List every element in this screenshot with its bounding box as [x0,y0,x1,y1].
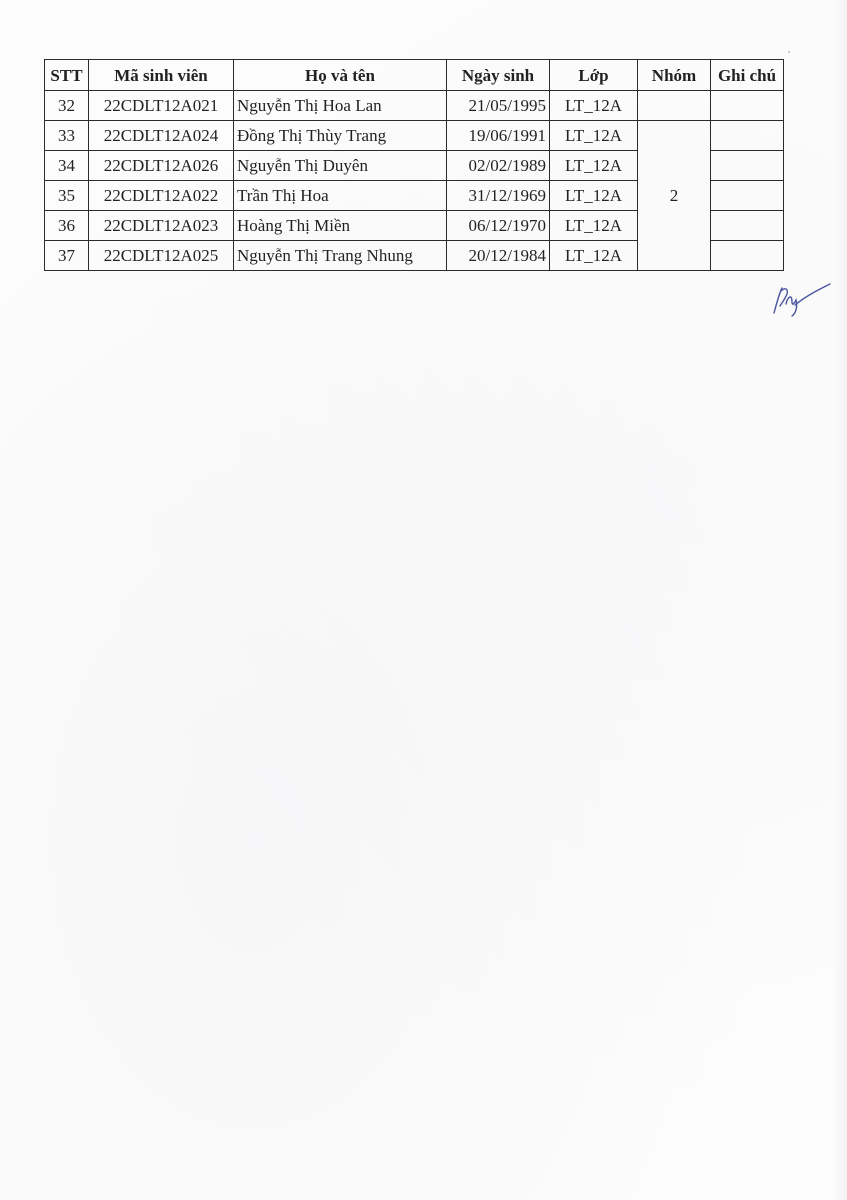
cell-student-id: 22CDLT12A022 [89,181,234,211]
cell-note [711,181,784,211]
cell-class: LT_12A [550,121,638,151]
header-full-name: Họ và tên [234,60,447,91]
cell-note [711,121,784,151]
cell-dob: 06/12/1970 [447,211,550,241]
cell-note [711,151,784,181]
cell-student-id: 22CDLT12A026 [89,151,234,181]
cell-stt: 35 [45,181,89,211]
cell-group-merged: 2 [638,121,711,271]
table-row: 32 22CDLT12A021 Nguyễn Thị Hoa Lan 21/05… [45,91,784,121]
cell-stt: 36 [45,211,89,241]
cell-stt: 37 [45,241,89,271]
cell-full-name: Trần Thị Hoa [234,181,447,211]
cell-stt: 34 [45,151,89,181]
cell-student-id: 22CDLT12A021 [89,91,234,121]
cell-note [711,241,784,271]
page-edge [833,0,847,1200]
cell-class: LT_12A [550,211,638,241]
cell-stt: 33 [45,121,89,151]
header-student-id: Mã sinh viên [89,60,234,91]
cell-student-id: 22CDLT12A024 [89,121,234,151]
cell-dob: 31/12/1969 [447,181,550,211]
cell-dob: 19/06/1991 [447,121,550,151]
header-stt: STT [45,60,89,91]
cell-full-name: Đồng Thị Thùy Trang [234,121,447,151]
cell-class: LT_12A [550,241,638,271]
cell-dob: 21/05/1995 [447,91,550,121]
cell-full-name: Hoàng Thị Miền [234,211,447,241]
cell-dob: 02/02/1989 [447,151,550,181]
cell-class: LT_12A [550,151,638,181]
signature-initials-icon [768,282,832,318]
cell-dob: 20/12/1984 [447,241,550,271]
header-group: Nhóm [638,60,711,91]
cell-note [711,211,784,241]
header-class: Lớp [550,60,638,91]
cell-student-id: 22CDLT12A023 [89,211,234,241]
table-row: 33 22CDLT12A024 Đồng Thị Thùy Trang 19/0… [45,121,784,151]
cell-full-name: Nguyễn Thị Duyên [234,151,447,181]
header-dob: Ngày sinh [447,60,550,91]
header-note: Ghi chú [711,60,784,91]
table-header-row: STT Mã sinh viên Họ và tên Ngày sinh Lớp… [45,60,784,91]
stray-mark: , [788,44,790,54]
cell-class: LT_12A [550,91,638,121]
cell-group [638,91,711,121]
cell-class: LT_12A [550,181,638,211]
cell-note [711,91,784,121]
cell-stt: 32 [45,91,89,121]
cell-full-name: Nguyễn Thị Trang Nhung [234,241,447,271]
student-roster-table: STT Mã sinh viên Họ và tên Ngày sinh Lớp… [44,59,784,271]
cell-full-name: Nguyễn Thị Hoa Lan [234,91,447,121]
cell-student-id: 22CDLT12A025 [89,241,234,271]
